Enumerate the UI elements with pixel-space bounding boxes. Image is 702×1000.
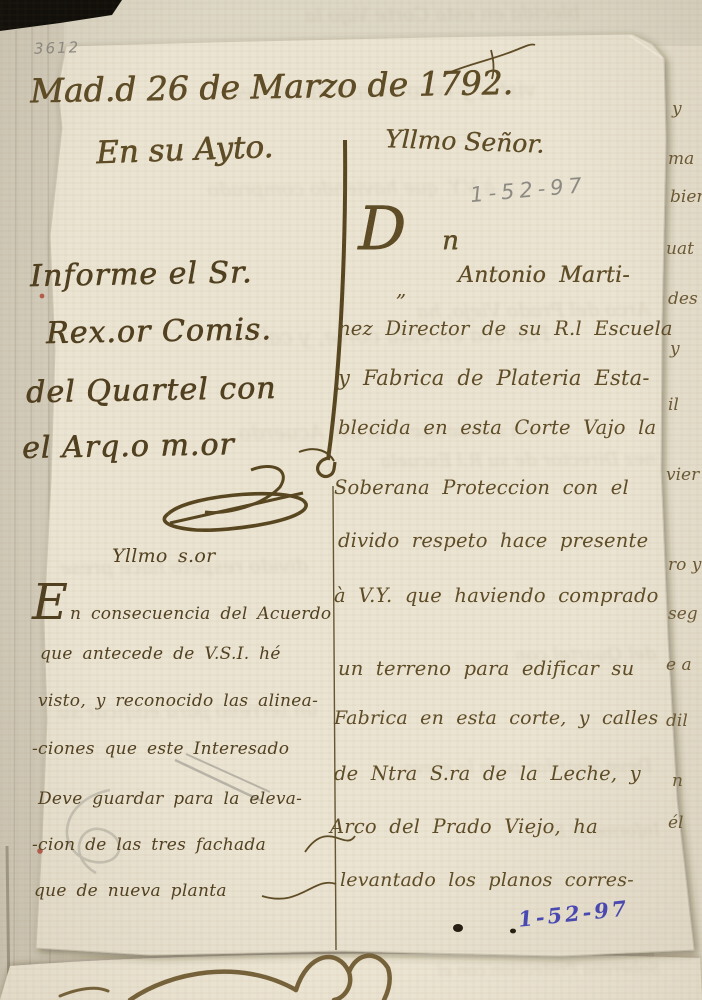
petition-line: nez Director de su R.l Escuela <box>338 318 673 340</box>
petition-line: Fabrica en esta corte, y calles <box>334 708 658 730</box>
petition-line: à V.Y. que haviendo comprado <box>334 585 659 607</box>
next-page-fragment: ma <box>668 150 694 170</box>
next-page-fragment: e a <box>666 656 692 676</box>
next-page-fragment: uat <box>666 240 694 260</box>
petition-line: un terreno para edificar su <box>338 658 634 680</box>
next-page-fragment: él <box>668 814 684 834</box>
report-line: visto, y reconocido las alinea- <box>38 692 318 712</box>
bleedthrough-text: nez Director de su R.l Escuela <box>356 448 656 472</box>
next-page-fragment: y <box>670 340 680 360</box>
petition-line: de Ntra S.ra de la Leche, y <box>334 763 641 785</box>
report-line: que de nueva planta <box>34 882 227 902</box>
petition-opening-mark: „ <box>396 278 406 301</box>
petition-line: divido respeto hace presente <box>338 530 648 552</box>
petition-initial: Dn <box>358 212 459 257</box>
report-line: -cion de las tres fachada <box>32 836 266 856</box>
petition-line: y Fabrica de Plateria Esta- <box>338 366 650 390</box>
folio-number: 3612 <box>34 39 81 58</box>
petition-line: blecida en esta Corte Vajo la <box>338 417 656 439</box>
decree-line: Rex.or Comis. <box>46 313 272 351</box>
petition-line: levantado los planos corres- <box>340 870 634 892</box>
next-page-fragment: il <box>668 396 679 416</box>
report-salutation: Yllmo s.or <box>112 546 216 568</box>
report-line: que antecede de V.S.I. hé <box>40 645 281 665</box>
next-page-fragment: ro y <box>668 556 701 576</box>
next-page-fragment: vier <box>666 466 699 486</box>
next-page-fragment: seg <box>668 605 698 625</box>
report-line: -ciones que este Interesado <box>32 740 289 760</box>
report-line: Deve guardar para la eleva- <box>38 790 302 810</box>
next-page-fragment: bien <box>670 188 702 208</box>
next-page-fragment: dil <box>666 712 688 732</box>
bleedthrough-text: blecida en esta Corte Vajo la <box>150 2 580 29</box>
salutation: Yllmo Señor. <box>385 125 545 159</box>
manuscript-scan: blecida en esta Corte Vajo la visto, y r… <box>0 0 702 1000</box>
decree-line: Informe el Sr. <box>30 256 253 294</box>
petition-line: Arco del Prado Viejo, ha <box>330 816 598 838</box>
petition-line: Soberana Proteccion con el <box>334 477 629 499</box>
decree-line: el Arq.o m.or <box>22 428 235 466</box>
petition-line: Antonio Marti- <box>458 263 630 288</box>
report-line: En consecuencia del Acuerdo <box>32 588 331 625</box>
next-page-fragment: des <box>668 290 698 310</box>
next-page-fragment: n <box>672 772 683 792</box>
council-note: En su Ayto. <box>95 130 273 172</box>
next-page-fragment: y <box>672 100 682 120</box>
bleedthrough-text: Soberana Proteccion con el <box>380 959 660 981</box>
decree-line: del Quartel con <box>26 372 277 411</box>
